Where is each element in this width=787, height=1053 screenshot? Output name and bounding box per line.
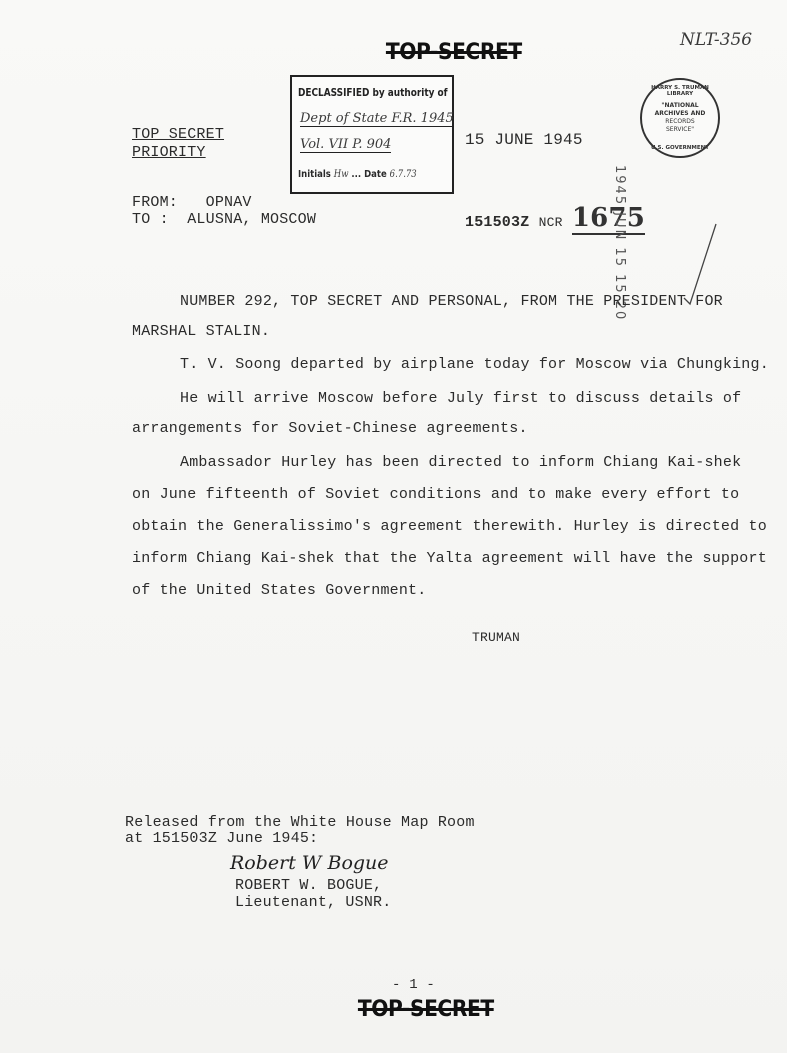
classification-mark-top: TOP-SECRET [386,40,522,65]
body-paragraph-3-line-2: on June fifteenth of Soviet conditions a… [132,486,739,503]
body-paragraph-2-line-2: arrangements for Soviet-Chinese agreemen… [132,420,528,437]
body-paragraph-3-line-1: Ambassador Hurley has been directed to i… [180,454,741,471]
releasing-officer-rank: Lieutenant, USNR. [235,894,391,911]
archive-reference: NLT-356 [680,30,752,50]
body-line-number: NUMBER 292, TOP SECRET AND PERSONAL, FRO… [180,293,723,310]
body-paragraph-3-line-5: of the United States Government. [132,582,426,599]
release-line-1: Released from the White House Map Room [125,814,475,831]
to-line: TO : ALUSNA, MOSCOW [132,211,316,228]
declassification-authority: Dept of State F.R. 1945 [300,111,454,127]
declassification-stamp: DECLASSIFIED by authority of Dept of Sta… [290,75,454,194]
release-signature: Robert W Bogue [230,852,389,874]
from-value: OPNAV [206,194,252,211]
from-label: FROM: [132,194,178,211]
date-value: 6.7.73 [390,169,417,180]
release-line-2: at 151503Z June 1945: [125,830,318,847]
declassification-volume: Vol. VII P. 904 [300,137,391,153]
body-paragraph-2-line-1: He will arrive Moscow before July first … [180,390,741,407]
declassification-title: DECLASSIFIED by authority of [298,87,448,99]
library-seal: HARRY S. TRUMAN LIBRARY "NATIONAL ARCHIV… [640,78,720,158]
date-label: Date [364,169,387,180]
date-time-group: 151503Z [465,214,529,231]
body-paragraph-3-line-3: obtain the Generalissimo's agreement the… [132,518,767,535]
initials-label: Initials [298,169,331,180]
body-paragraph-1: T. V. Soong departed by airplane today f… [180,356,769,373]
to-value: ALUSNA, MOSCOW [187,211,316,228]
document-page: TOP-SECRET NLT-356 DECLASSIFIED by autho… [0,0,787,1053]
ncr-number: 1675 [572,203,645,235]
seal-center: "NATIONAL ARCHIVES AND RECORDS SERVICE" [652,102,708,134]
seal-ring-bottom: U.S. GOVERNMENT [642,145,718,151]
classification-mark-bottom: TOP-SECRET [358,997,494,1022]
initials-value: Hw [334,169,349,180]
seal-ring-top: HARRY S. TRUMAN LIBRARY [642,85,718,97]
message-date: 15 JUNE 1945 [465,131,583,149]
ncr-label: NCR [539,215,563,230]
message-signature: TRUMAN [472,630,520,645]
classification-line: TOP SECRET [132,126,224,143]
declassification-initials-row: Initials Hw ... Date 6.7.73 [298,169,417,180]
releasing-officer-name: ROBERT W. BOGUE, [235,877,382,894]
precedence-line: PRIORITY [132,144,206,161]
to-label: TO : [132,211,169,228]
body-line-addressee: MARSHAL STALIN. [132,323,270,340]
page-number: - 1 - [392,977,435,993]
from-line: FROM: OPNAV [132,194,252,211]
body-paragraph-3-line-4: inform Chiang Kai-shek that the Yalta ag… [132,550,767,567]
